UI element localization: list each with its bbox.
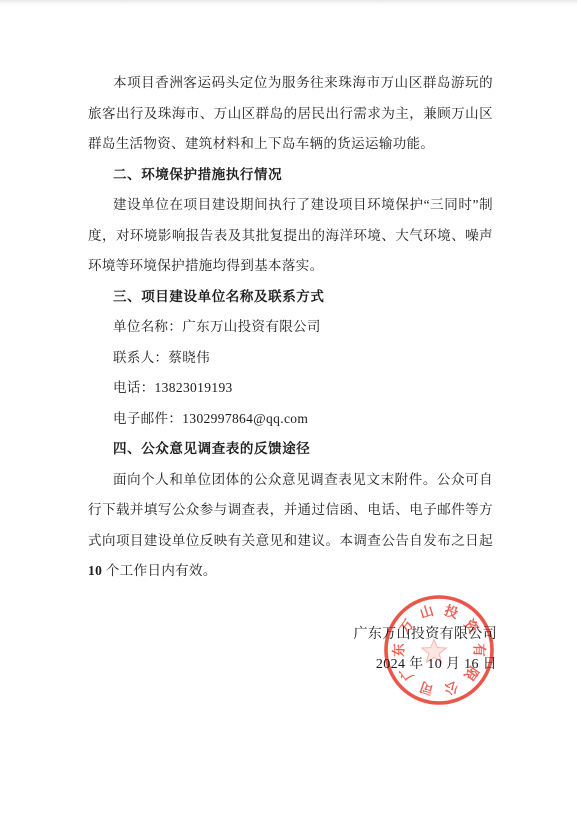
email-line: 电子邮件：1302997864@qq.com — [88, 404, 493, 435]
document-page: 本项目香洲客运码头定位为服务往来珠海市万山区群岛游玩的 旅客出行及珠海市、万山区… — [0, 0, 577, 820]
body-line: 本项目香洲客运码头定位为服务往来珠海市万山区群岛游玩的 — [88, 68, 493, 99]
body-line: 群岛生活物资、建筑材料和上下岛车辆的货运运输功能。 — [88, 129, 493, 160]
section-heading-4: 四、公众意见调查表的反馈途径 — [88, 434, 493, 465]
seal-char: 有 — [472, 643, 488, 657]
validity-days: 10 — [88, 563, 102, 578]
body-line: 旅客出行及珠海市、万山区群岛的居民出行需求为主，兼顾万山区 — [88, 99, 493, 130]
body-line: 行下载并填写公众参与调查表，并通过信函、电话、电子邮件等方 — [88, 495, 493, 526]
section-heading-2: 二、环境保护措施执行情况 — [88, 160, 493, 191]
seal-char: 司 — [418, 679, 436, 698]
seal-char: 山 — [418, 603, 435, 621]
seal-char: 东 — [391, 643, 407, 657]
seal-char: 广 — [396, 663, 417, 684]
validity-text: 个工作日内有效。 — [102, 563, 217, 578]
phone-line: 电话：13823019193 — [88, 373, 493, 404]
seal-char: 公 — [442, 679, 460, 698]
seal-char: 限 — [461, 664, 481, 684]
body-line: 环境等环境保护措施均得到基本落实。 — [88, 251, 493, 282]
body-line: 度，对环境影响报告表及其批复提出的海洋环境、大气环境、噪声 — [88, 221, 493, 252]
seal-char: 资 — [461, 616, 482, 637]
company-name-line: 单位名称：广东万山投资有限公司 — [88, 312, 493, 343]
section-heading-3: 三、项目建设单位名称及联系方式 — [88, 282, 493, 313]
body-line: 建设单位在项目建设期间执行了建设项目环境保护“三同时”制 — [88, 190, 493, 221]
seal-star-icon — [422, 639, 447, 663]
body-line: 面向个人和单位团体的公众意见调查表见文末附件。公众可自 — [88, 465, 493, 496]
body-line: 式向项目建设单位反映有关意见和建议。本调查公告自发布之日起 — [88, 526, 493, 557]
document-body: 本项目香洲客运码头定位为服务往来珠海市万山区群岛游玩的 旅客出行及珠海市、万山区… — [88, 68, 493, 587]
company-seal: 广 东 万 山 投 资 有 限 公 司 — [369, 580, 509, 720]
seal-char: 万 — [397, 616, 417, 636]
scan-artifact-top — [0, 0, 577, 6]
contact-person-line: 联系人：蔡晓伟 — [88, 343, 493, 374]
seal-char: 投 — [443, 602, 461, 622]
